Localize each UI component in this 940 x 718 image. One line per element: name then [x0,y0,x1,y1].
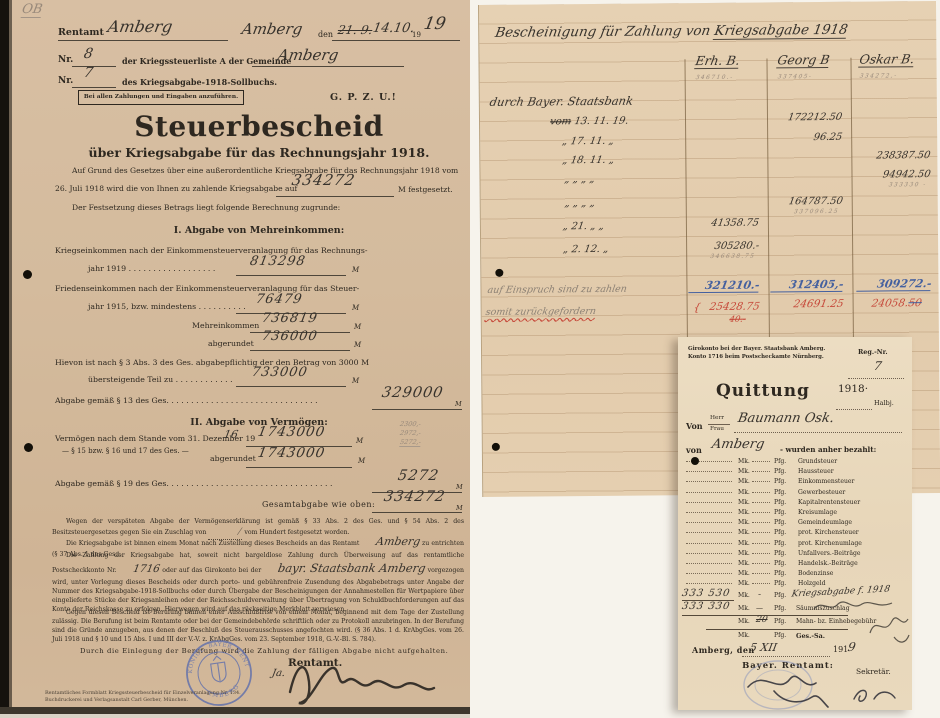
rentamt-label: Rentamt [58,27,104,38]
currency-m: M [455,400,462,408]
currency-m: M [356,437,363,445]
kriegseinkommen-label-1: Kriegseinkommen nach der Einkommensteuer… [55,246,367,255]
amount-dotline [686,484,732,493]
currency-m: M [352,266,359,274]
value-underline [372,409,462,410]
quittung-signature [744,667,840,711]
pfg-label: Pfg. [774,592,786,599]
ledger-pencil-sum: 346638.75 [689,254,756,261]
mk-label: Mk. [738,580,750,587]
abgabe-13-value: 329000 [381,385,445,401]
amount-dotline [686,514,732,523]
quittung-document: Girokonto bei der Bayer. Staatsbank Ambe… [678,337,912,710]
giro-line-1: Girokonto bei der Bayer. Staatsbank Ambe… [688,346,825,352]
kriegseinkommen-label-2: jahr 1919 . . . . . . . . . . . . . . . … [88,264,215,273]
sum1-pfg-dash: - [757,590,762,600]
pencil-note-2: 2972,- [399,429,421,437]
abgabe-19-label: Abgabe gemäß § 19 des Ges. . . . . . . .… [55,479,332,488]
pfg-label: Pfg. [774,580,786,587]
year-printed: 19 [412,31,421,39]
tax-item-label: Handelsk.-Beiträge [798,560,858,567]
mk-label: Mk. [738,458,750,465]
gesamtsumme-label: Ges.-Sa. [796,632,825,640]
ledger-row-date: „ 21. „ „ [562,221,605,232]
bezahlt-label: - wurden anher bezahlt: [780,445,876,454]
ledger-value: 238387.50 [855,150,931,162]
currency-m: M [358,457,365,465]
pfg-label: Pfg. [774,529,786,536]
pfg-label: Pfg. [774,550,786,557]
section-1-title: I. Abgabe von Mehreinkommen: [55,225,463,236]
amount-dotline [686,575,732,584]
column-total-pencil-georg: 337405- [777,74,813,80]
date-underline [332,40,460,41]
fineprint-line-1: Rentamtliches Formblatt Kriegssteuerbesc… [45,690,241,696]
intro-line-2: 26. Juli 1918 wird die von Ihnen zu zahl… [55,184,297,193]
red-value-oskar-struck: 50 [907,297,922,309]
tax-item-label: Gewerbesteuer [798,489,845,496]
quittung-year: 1918· [838,383,868,395]
amount-set-handwritten: 334272 [290,171,356,189]
mk-label: Mk. [738,499,750,506]
ledger-value: 41358.75 [688,218,760,230]
abgerundet-value-1: 736000 [261,329,319,344]
total-underline [372,512,462,513]
sum-rule [706,629,848,630]
list-text: der Kriegssteuerliste A der Gemeinde [122,56,291,66]
red-value-georg: 24691.25 [771,298,845,311]
tax-item-label: Unfallvers.-Beiträge [798,550,860,557]
sum-2-amount: 333 330 [681,601,731,612]
regnr-label: Reg.-Nr. [858,348,888,356]
column-total-pencil-oskar: 334272,- [859,73,898,79]
amount-dotline [752,484,770,493]
ledger-row-date: „ 2. 12. „ [562,244,609,255]
red-row-label: somit zurückgefordern [485,306,597,318]
pfg-label: Pfg. [774,618,786,625]
ledger-title-underlined: Kriegsabgabe 1918 [713,22,849,40]
punch-hole [495,269,503,277]
scanned-documents-page: OB Rentamt Amberg Amberg den 21. 9. 14.1… [0,0,940,718]
pfg-label: Pfg. [774,458,786,465]
rentamt-underline [58,40,228,41]
sum-kriegsabgabe-amount: 333 530 [681,588,731,599]
fineprint-line-2: Buchdruckerei und Verlagsanstalt Carl Ge… [45,697,188,703]
currency-m: M [352,377,359,385]
nr-label-2: Nr. [58,76,73,86]
ledger-row-date: „ 17. 11. „ [561,136,615,147]
tax-item-label: Holzgeld [798,580,826,587]
mk-label: Mk. [738,509,750,516]
date-text: 13. 11. 19. [573,116,629,127]
amount-dotline [686,565,732,574]
ledger-value: 94942.50 [856,169,932,181]
pfg-label: Pfg. [774,468,786,475]
currency-m: M [456,483,463,491]
amount-set-underline [276,196,394,197]
mk-label: Mk. [738,592,750,599]
halbj-dotline [836,409,872,410]
abgerundet-label-2: abgerundet [210,454,256,463]
pfg-label: Pfg. [774,499,786,506]
punch-hole [24,443,33,452]
gesamtabgabe-label: Gesamtabgabe wie oben: [262,500,375,509]
quittung-title: Quittung [716,381,810,401]
amount-dotline [686,555,732,564]
hievon-label-2: übersteigende Teil zu . . . . . . . . . … [88,375,233,384]
ledger-pencil-sum: 333330 - [856,182,927,189]
ledger-row-date: vom 13. 11. 19. [549,116,629,128]
column-total-pencil-erh: 346710.- [695,75,734,81]
ledger-value: 305280.- [688,241,760,253]
amount-dotline [686,494,732,503]
value-underline [236,386,346,387]
soll-number-underline [72,87,116,88]
amount-dotline [752,535,770,544]
amount-dotline [686,504,732,513]
sum2-pfg-dash: — [756,604,763,612]
herr-label: Herr [710,415,724,421]
pfg-label: Pfg. [774,570,786,577]
amount-dotline [752,494,770,503]
rentamt-signature [282,648,440,706]
column-header-oskar: Oskar B. [858,51,915,68]
gesamtabgabe-value: 334272 [383,489,447,505]
amount-dotline [686,473,732,482]
mk-label: Mk. [738,489,750,496]
abgabe-19-value: 5272 [397,468,441,484]
column-header-georg: Georg B [776,52,831,68]
vermoegen-year-handwritten: 16 [223,428,239,441]
payer-name-handwritten: Baumann Osk. [737,411,836,426]
tax-item-label: Kapitalrentensteuer [798,499,860,506]
mk-label: Mk. [738,618,750,625]
red-value-oskar: 24058.50 [871,297,923,309]
ledger-pencil-sum: 337096.25 [770,209,839,216]
scan-bottom-edge [0,707,470,714]
mk-label: Mk. [738,632,750,639]
handwritten-flourish [864,611,910,647]
year-digit-handwritten: 9 [847,640,857,654]
currency-m: M [354,341,361,349]
tax-item-label: Haussteuer [798,468,834,475]
value-underline [236,275,346,276]
currency-m: M [456,504,463,512]
ledger-value: 172212.50 [769,112,843,124]
calculation-note: Der Festsetzung dieses Betrags liegt fol… [72,203,340,212]
paragraph-frist-text: Die Kriegsabgabe ist binnen einem Monat … [66,540,359,547]
red-value-erh: 25428.75 [697,301,761,314]
mk-label: Mk. [738,550,750,557]
tax-item-label: Grundsteuer [798,458,837,465]
amount-dotline [752,565,770,574]
tax-item-label: Kreisumlage [798,509,837,516]
amount-dotline [752,463,770,472]
ledger-title: Bescheinigung für Zahlung von Kriegsabga… [494,22,849,41]
pfg-label: Pfg. [774,489,786,496]
date-struck-handwritten: 21. 9. [337,23,374,37]
mehreinkommen-value: 736819 [261,311,319,326]
amount-dotline [686,524,732,533]
year-handwritten: 19 [422,14,447,34]
pencil-note-1: 2300,- [399,420,421,428]
gpzu-mark: G. P. Z. U.! [330,92,397,103]
mk-label: Mk. [738,560,750,567]
amount-dotline [752,453,770,462]
regnr-handwritten: 7 [873,359,883,373]
value-underline [246,467,352,468]
friedenseinkommen-label-1: Friedenseinkommen nach der Einkommensteu… [55,284,359,293]
postscheckkonto-handwritten: 1716 [118,562,161,578]
punch-hole [23,270,32,279]
pfg-label: Pfg. [774,632,786,639]
soll-text: des Kriegsabgabe-1918-Sollbuchs. [122,77,277,87]
ledger-title-text: Bescheinigung für Zahlung von [494,23,716,41]
column-header-erh: Erh. B. [694,53,741,69]
rentamt-stamp-icon: KÖNIGL. BAYER. RENTAMT AMBERG [182,636,256,710]
amount-dotline [752,524,770,533]
intro-line-1: Auf Grund des Gesetzes über eine außeror… [72,166,458,175]
document-title: Steuerbescheid [55,110,463,143]
blue-row-label: auf Einspruch sind zu zahlen [487,284,628,296]
paragraph-zahlung-text-2: oder auf das Girokonto bei der [162,567,261,574]
sekretaer-signature [848,683,900,709]
list-number-handwritten: 8 [83,46,95,62]
scan-bottom-strip [0,714,470,718]
kriegseinkommen-value: 813298 [249,254,307,269]
tax-item-label: Gemeindeumlage [798,519,852,526]
halbj-label: Halbj. [874,399,894,407]
sekretaer-label: Sekretär. [856,667,891,676]
bank-handwritten: bayr. Staatsbank Amberg [262,560,426,577]
amount-dotline [686,545,732,554]
ledger-bank-row: durch Bayer. Staatsbank [489,94,635,109]
date-handwritten: 5 XII [749,641,778,654]
mk-label: Mk. [738,478,750,485]
pfg-label: Pfg. [774,519,786,526]
ledger-row-date: „ 18. 11. „ [561,155,615,166]
tax-item-label: prot. Kirchenumlage [798,540,862,547]
paragraph-berufung: Gegen diesen Bescheid ist Berufung binne… [52,608,464,644]
document-subtitle: über Kriegsabgabe für das Rechnungsjahr … [55,145,463,160]
currency-m: M [352,304,359,312]
punch-hole [691,457,699,465]
abgabe-13-label: Abgabe gemäß § 13 des Ges. . . . . . . .… [55,396,318,405]
steuerbescheid-document: OB Rentamt Amberg Amberg den 21. 9. 14.1… [0,0,470,707]
friedenseinkommen-label-2: jahr 1915, bzw. mindestens . . . . . . .… [88,302,246,311]
amount-dotline [752,555,770,564]
frau-label: Frau [710,426,724,432]
ledger-row-date: „ „ „ „ [564,174,596,185]
pfg-label: Pfg. [774,540,786,547]
rentamt-name-handwritten: Amberg [360,534,421,550]
corner-mark: OB [21,2,44,18]
nr-label-1: Nr. [58,55,73,65]
ledger-row-date: „ „ „ „ [564,198,596,209]
mehreinkommen-label: Mehreinkommen [192,321,259,330]
currency-m: M [354,323,361,331]
mk-label: Mk. [738,570,750,577]
hievon-value: 733000 [251,365,309,380]
gemeinde-underline [252,66,404,67]
red-value-oskar-main: 24058. [871,297,910,309]
scan-edge [0,0,14,707]
struck-word: vom [549,116,572,127]
amount-dotline [752,545,770,554]
date-new-handwritten: 14.10. [372,21,416,36]
pfg-label: Pfg. [774,560,786,567]
vermoegen-paragraph-note: — § 15 bzw. § 16 und 17 des Ges. — [62,447,189,455]
date-dotline [742,656,830,657]
regnr-dotline [848,378,904,379]
rentamt-value-handwritten: Amberg [106,17,174,36]
abgerundet-label-1: abgerundet [208,339,254,348]
red-value-erh-sub: 40.- [711,315,747,325]
mk-label: Mk. [738,468,750,475]
von-label: Von [686,421,703,431]
mk-label: Mk. [738,605,750,612]
name-dotline [734,432,902,433]
gemeinde-handwritten: Amberg [276,46,339,64]
sum-3-amount-struck: 20 [755,615,768,625]
ort-date-label: Amberg, den [692,645,755,655]
mk-label: Mk. [738,519,750,526]
tax-item-label: prot. Kirchensteuer [798,529,859,536]
abgerundet-value-2: 1743000 [257,445,327,461]
paragraph-zahlung: Die Zahlung der Kriegsabgabe hat, soweit… [52,551,464,614]
amount-dotline [752,575,770,584]
herr-frau-divider [708,424,730,425]
blue-value-georg: 312405,- [770,278,844,293]
pfg-label: Pfg. [774,478,786,485]
blue-value-oskar: 309272.- [856,277,932,292]
notice-box: Bei allen Zahlungen und Eingaben anzufüh… [78,90,244,105]
pfg-label: Pfg. [774,605,786,612]
ort-handwritten: Amberg [711,437,766,452]
friedenseinkommen-value: 76479 [255,292,304,307]
city-handwritten: Amberg [240,20,303,38]
soll-number-handwritten: 7 [83,65,95,81]
pfg-label: Pfg. [774,509,786,516]
den-label: den [318,30,333,39]
amount-dotline [752,504,770,513]
tax-item-label: Einkommensteuer [798,478,854,485]
mk-label: Mk. [738,540,750,547]
vermoegen-value: 1743000 [257,424,327,440]
pencil-note-3: 5272,- [399,438,421,447]
value-underline [250,350,350,351]
tax-item-label: Bodenzinse [798,570,833,577]
intro-line-3: M festgesetzt. [398,185,453,194]
ledger-value: 96.25 [769,132,843,144]
punch-hole [492,443,500,451]
amount-dotline [686,535,732,544]
blue-value-erh: 321210.- [688,279,760,294]
giro-line-2: Konto 1716 beim Postscheckamte Nürnberg. [688,354,824,360]
amount-dotline [752,514,770,523]
ledger-value: 164787.50 [770,196,844,208]
hievon-label-1: Hievon ist nach § 3 Abs. 3 des Ges. abga… [55,358,369,367]
mk-label: Mk. [738,529,750,536]
amount-dotline [752,473,770,482]
